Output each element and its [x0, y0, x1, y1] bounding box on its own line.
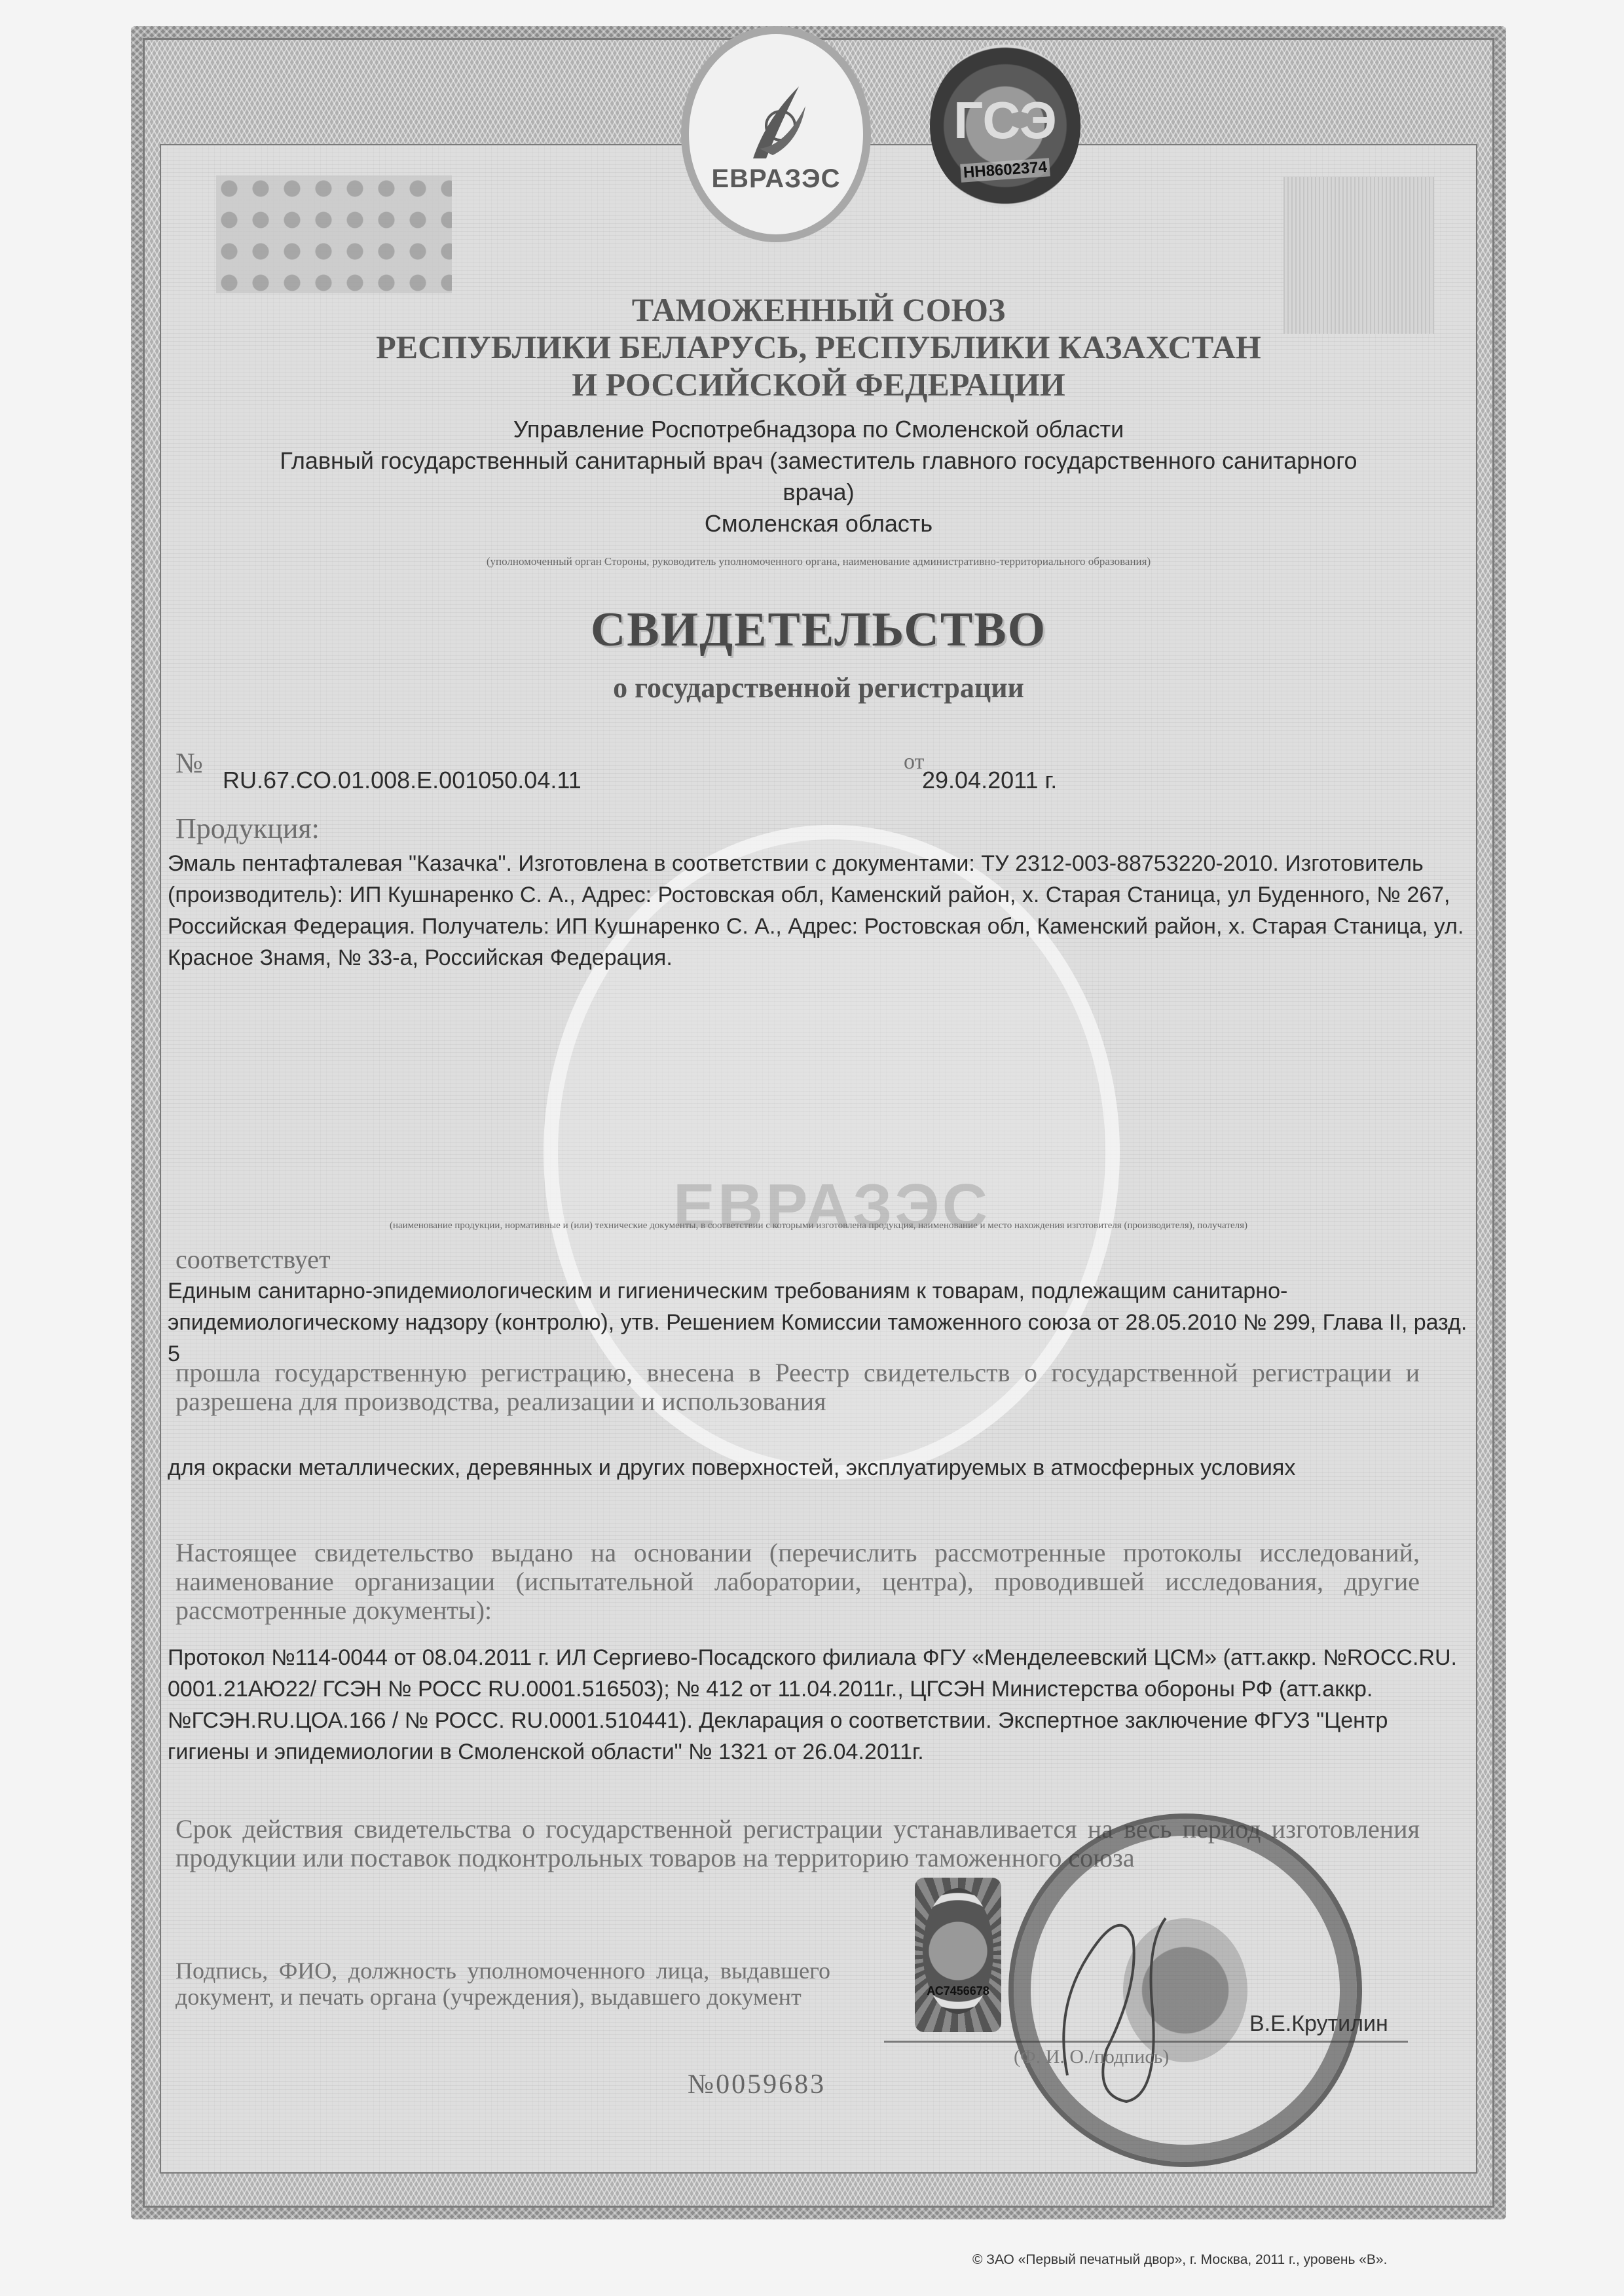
handwritten-signature-icon — [1048, 1879, 1179, 2128]
date-label: от — [904, 750, 924, 774]
signer-name: В.Е.Крутилин — [1249, 2011, 1388, 2037]
eurasec-logo-icon — [740, 80, 812, 165]
watermark-text: ЕВРАЗЭС — [673, 1171, 990, 1243]
form-serial-number: №0059683 — [688, 2069, 826, 2100]
conformity-text: Единым санитарно-эпидемиологическим и ги… — [168, 1275, 1471, 1370]
certificate-title: СВИДЕТЕЛЬСТВО — [160, 602, 1477, 658]
authority-line-3: врача) — [160, 477, 1477, 508]
fio-caption: (Ф. И. О./подпись) — [1014, 2046, 1169, 2068]
product-label: Продукция: — [175, 812, 320, 845]
product-caption: (наименование продукции, нормативные и (… — [170, 1220, 1467, 1231]
certificate-subtitle: о государственной регистрации — [160, 671, 1477, 704]
usage-text: для окраски металлических, деревянных и … — [168, 1452, 1471, 1484]
authority-line-1: Управление Роспотребнадзора по Смоленско… — [160, 414, 1477, 445]
security-pattern-left — [216, 175, 452, 293]
basis-label: Настоящее свидетельство выдано на основа… — [175, 1539, 1420, 1625]
authority-line-4: Смоленская область — [160, 508, 1477, 539]
hologram-bottom-number: АС7456678 — [927, 1984, 989, 1998]
header-line-3: И РОССИЙСКОЙ ФЕДЕРАЦИИ — [160, 366, 1477, 403]
authority-line-2: Главный государственный санитарный врач … — [160, 445, 1477, 477]
authority-caption: (уполномоченный орган Стороны, руководит… — [160, 555, 1477, 568]
eurasec-label: ЕВРАЗЭС — [711, 164, 840, 194]
registration-date: 29.04.2011 г. — [922, 765, 1057, 796]
registration-number: RU.67.CO.01.008.E.001050.04.11 — [223, 765, 581, 796]
header-line-2: РЕСПУБЛИКИ БЕЛАРУСЬ, РЕСПУБЛИКИ КАЗАХСТА… — [160, 329, 1477, 365]
signature-label: Подпись, ФИО, должность уполномоченного … — [175, 1958, 830, 2010]
basis-documents: Протокол №114-0044 от 08.04.2011 г. ИЛ С… — [168, 1642, 1471, 1768]
eurasec-emblem: ЕВРАЗЭС — [681, 26, 871, 242]
hologram-top: ГСЭ НН8602374 — [930, 45, 1080, 207]
registration-statement: прошла государственную регистрацию, внес… — [175, 1358, 1420, 1416]
header-line-1: ТАМОЖЕННЫЙ СОЮЗ — [160, 291, 1477, 328]
hologram-top-number: НН8602374 — [960, 158, 1050, 182]
printer-footer: © ЗАО «Первый печатный двор», г. Москва,… — [972, 2252, 1387, 2268]
hologram-gsen-icon: АС7456678 — [923, 1888, 993, 2014]
conformity-label: соответствует — [175, 1244, 331, 1275]
product-description: Эмаль пентафталевая "Казачка". Изготовле… — [168, 848, 1471, 974]
number-label: № — [175, 746, 203, 780]
hologram-gsen-icon: ГСЭ — [953, 90, 1057, 151]
hologram-bottom: АС7456678 — [915, 1878, 1001, 2032]
